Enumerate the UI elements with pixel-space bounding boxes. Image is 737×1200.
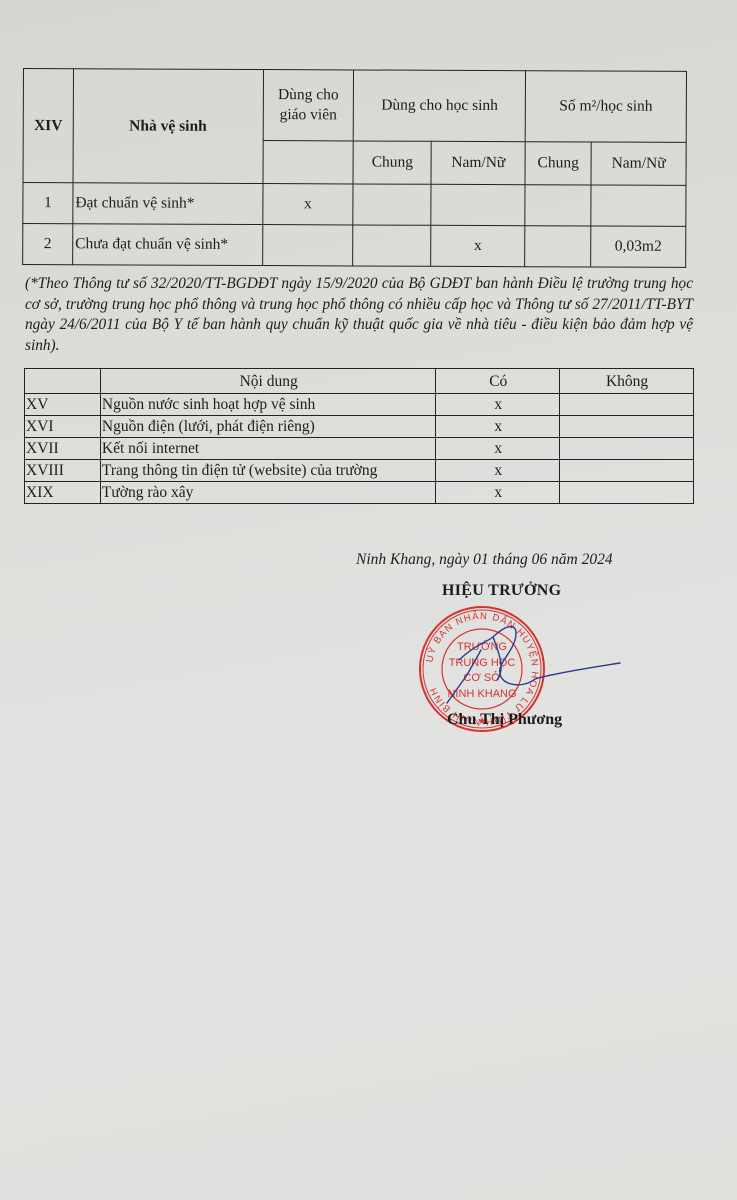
row-number: XVII: [25, 438, 101, 460]
header-students-gender: Nam/Nữ: [431, 141, 525, 184]
table-row: 2 Chưa đạt chuẩn vệ sinh* x 0,03m2: [23, 224, 686, 268]
cell-yes: x: [436, 460, 560, 482]
table-row: 1 Đạt chuẩn vệ sinh* x: [23, 183, 686, 227]
cell-yes: x: [436, 416, 560, 438]
row-content: Tường rào xây: [100, 482, 435, 504]
cell-teachers: [262, 225, 353, 266]
table-row: XVIII Trang thông tin điện tử (website) …: [25, 460, 694, 482]
cell-no: [560, 416, 694, 438]
cell-yes: x: [436, 482, 560, 504]
signer-name: Chu Thị Phương: [447, 711, 562, 729]
cell-area-gender: [591, 185, 686, 226]
header-area-common: Chung: [525, 142, 591, 185]
signer-title: HIỆU TRƯỞNG: [442, 582, 561, 600]
row-label: Chưa đạt chuẩn vệ sinh*: [73, 224, 263, 266]
header-no: Không: [560, 369, 694, 394]
row-content: Nguồn điện (lưới, phát điện riêng): [100, 416, 435, 438]
table-row: XVII Kết nối internet x: [25, 438, 694, 460]
row-number: XIX: [25, 482, 101, 504]
cell-students-common: [353, 184, 431, 225]
table-row: XVI Nguồn điện (lưới, phát điện riêng) x: [25, 416, 694, 438]
row-content: Kết nối internet: [100, 438, 435, 460]
table-row: XIX Tường rào xây x: [25, 482, 694, 504]
cell-students-gender: x: [431, 225, 525, 266]
cell-no: [560, 394, 694, 416]
cell-teachers: x: [262, 184, 353, 225]
header-students: Dùng cho học sinh: [354, 70, 526, 142]
header-teachers: Dùng cho giáo viên: [263, 70, 354, 141]
document-page: XIV Nhà vệ sinh Dùng cho giáo viên Dùng …: [0, 0, 737, 1200]
row-content: Nguồn nước sinh hoạt hợp vệ sinh: [100, 394, 435, 416]
header-area-gender: Nam/Nữ: [591, 142, 686, 185]
cell-yes: x: [436, 394, 560, 416]
header-area-per-student: Số m²/học sinh: [525, 71, 686, 143]
cell-no: [560, 438, 694, 460]
cell-yes: x: [436, 438, 560, 460]
date-line: Ninh Khang, ngày 01 tháng 06 năm 2024: [356, 551, 613, 569]
row-number: 1: [23, 183, 73, 224]
row-content: Trang thông tin điện tử (website) của tr…: [100, 460, 435, 482]
header-yes: Có: [436, 369, 560, 394]
header-number: [25, 369, 101, 394]
cell-area-common: [525, 185, 591, 226]
facilities-table: Nội dung Có Không XV Nguồn nước sinh hoạ…: [24, 368, 694, 504]
section-number: XIV: [23, 69, 73, 183]
row-number: XV: [25, 394, 101, 416]
cell-students-common: [353, 225, 431, 266]
row-number: XVIII: [25, 460, 101, 482]
sanitation-table: XIV Nhà vệ sinh Dùng cho giáo viên Dùng …: [22, 68, 687, 268]
header-content: Nội dung: [100, 369, 435, 394]
table-row: XV Nguồn nước sinh hoạt hợp vệ sinh x: [25, 394, 694, 416]
row-number: 2: [23, 224, 73, 265]
regulation-note: (*Theo Thông tư số 32/2020/TT-BGDĐT ngày…: [25, 274, 693, 356]
header-teachers-empty: [262, 141, 353, 184]
cell-no: [560, 482, 694, 504]
cell-area-gender: 0,03m2: [591, 226, 686, 267]
row-number: XVI: [25, 416, 101, 438]
section-title: Nhà vệ sinh: [73, 69, 263, 184]
header-students-common: Chung: [353, 141, 431, 184]
cell-no: [560, 460, 694, 482]
handwritten-signature-icon: [445, 615, 625, 715]
row-label: Đạt chuẩn vệ sinh*: [73, 183, 263, 225]
cell-students-gender: [431, 184, 525, 225]
cell-area-common: [525, 226, 591, 267]
